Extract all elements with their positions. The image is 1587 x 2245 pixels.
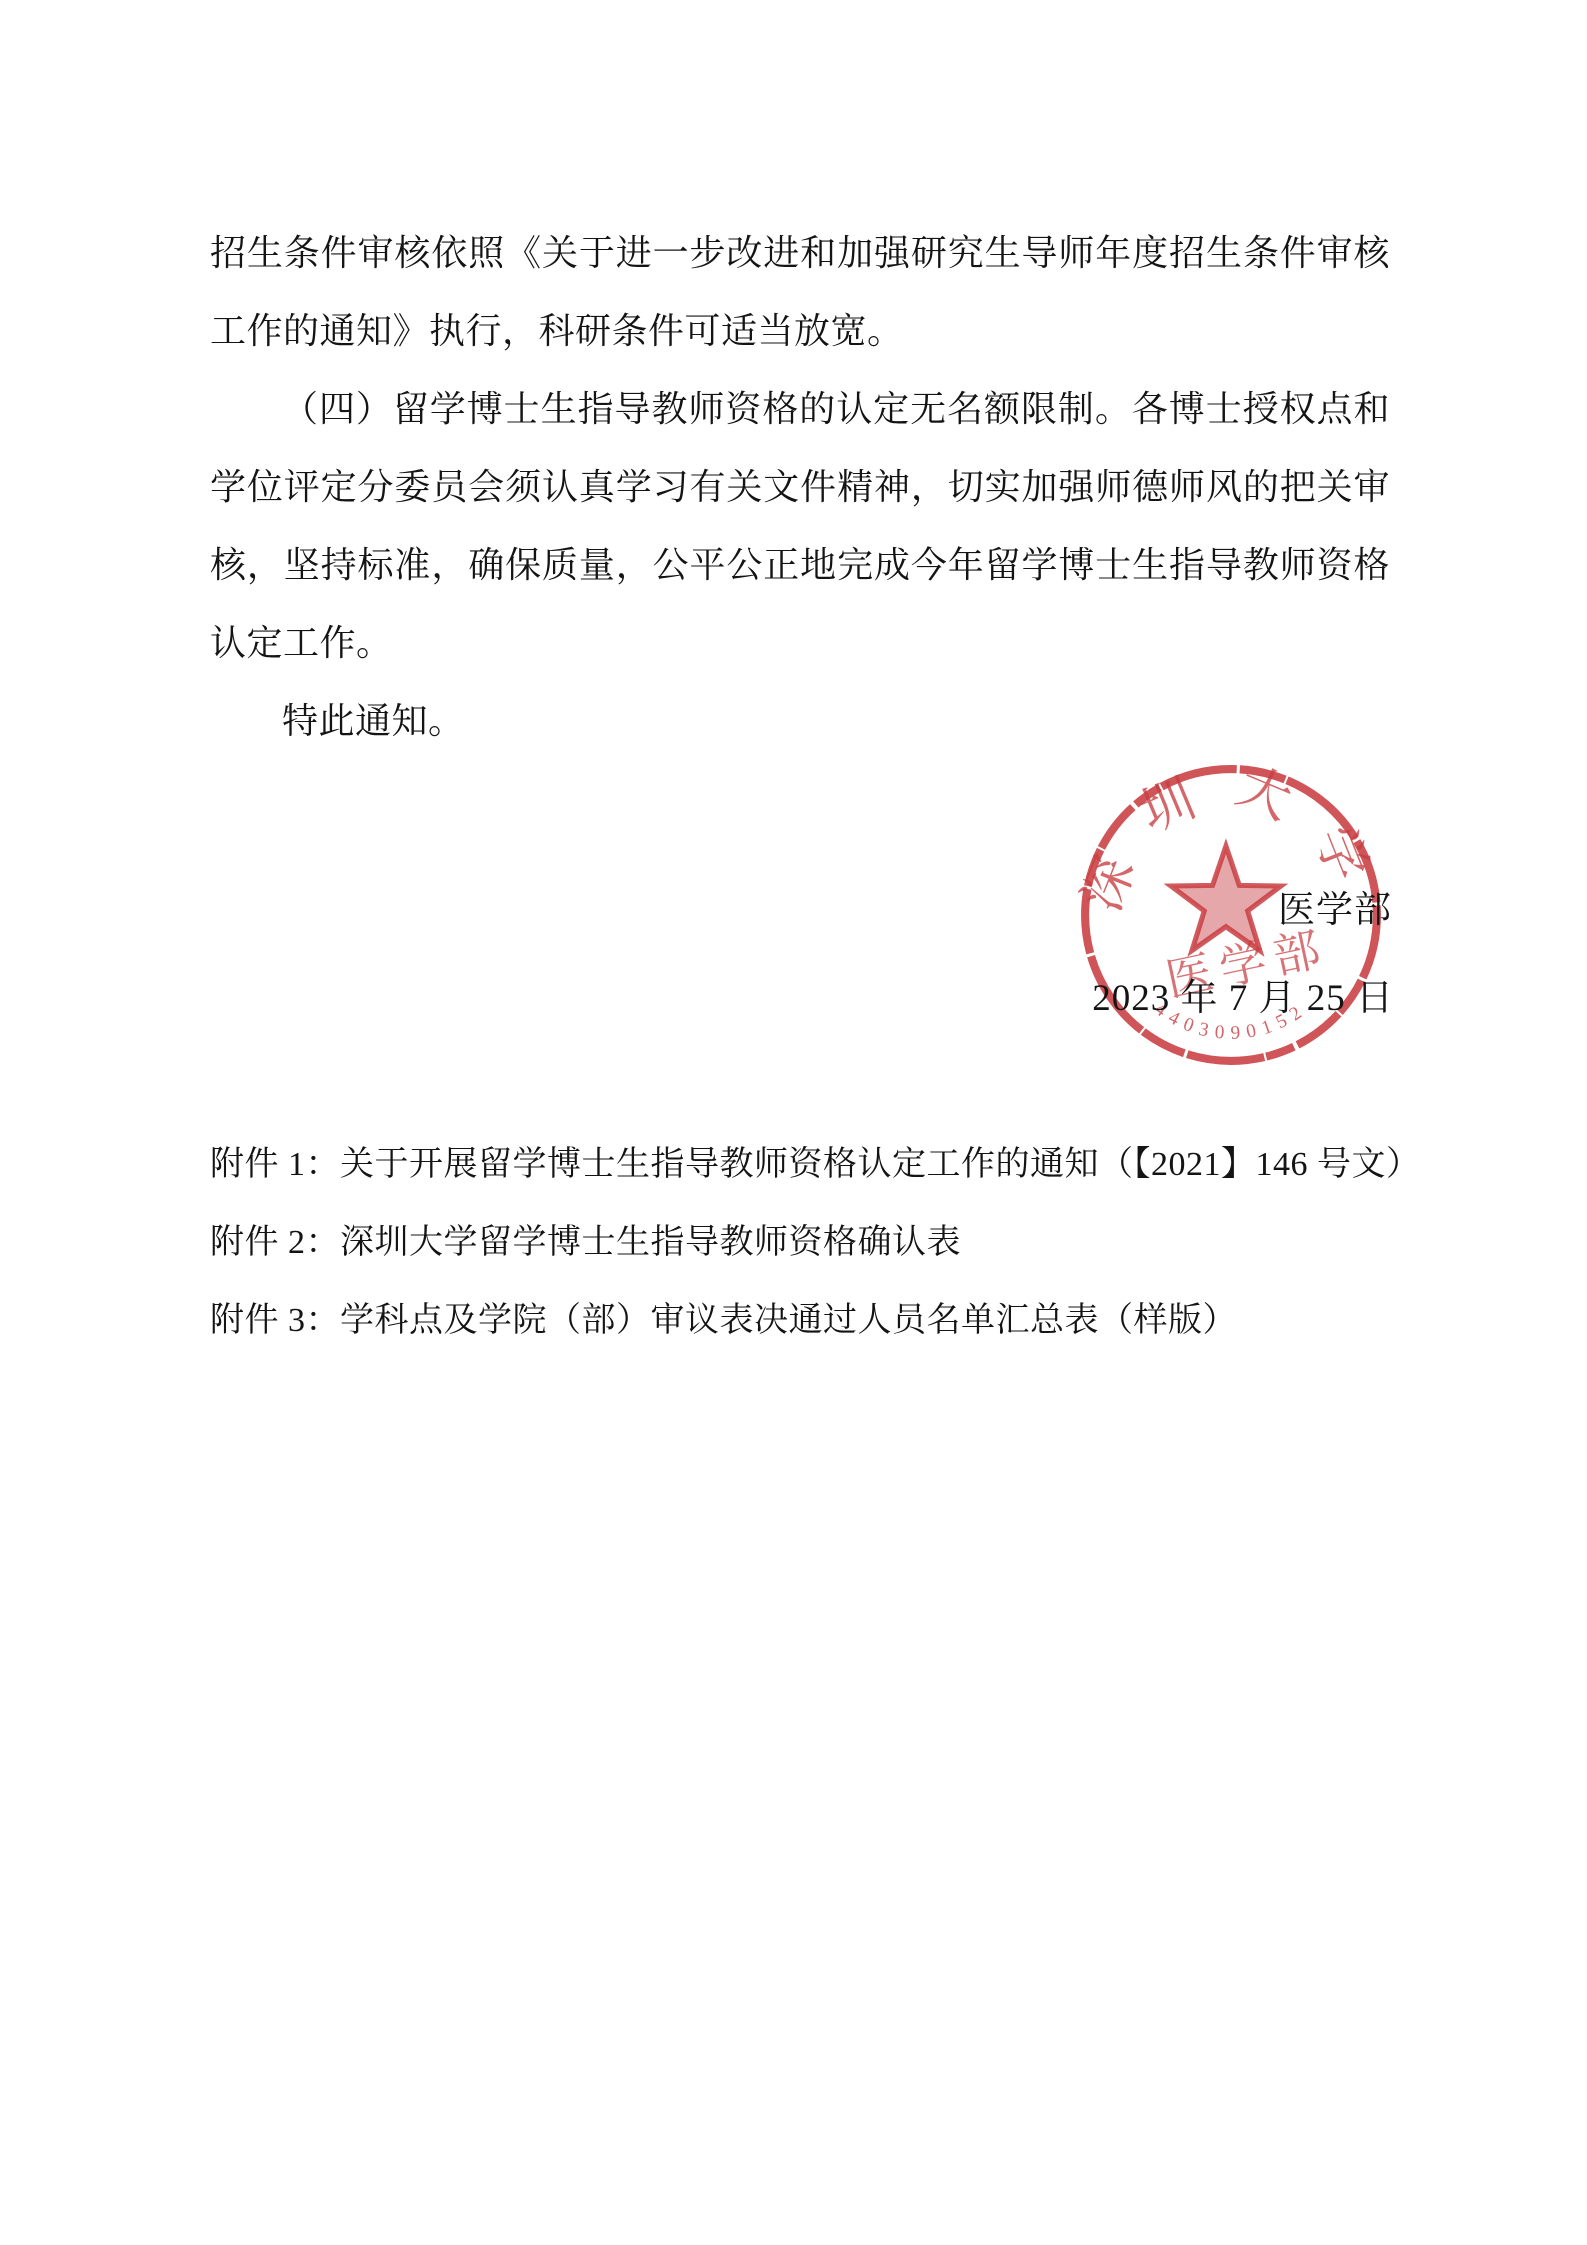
attachment-item-3: 附件 3：学科点及学院（部）审议表决通过人员名单汇总表（样版） <box>210 1282 1410 1360</box>
document-page: 招生条件审核依照《关于进一步改进和加强研究生导师年度招生条件审核工作的通知》执行… <box>0 0 1587 2245</box>
attachments-list: 附件 1：关于开展留学博士生指导教师资格认定工作的通知（【2021】146 号文… <box>210 1126 1410 1360</box>
attachment-item-1: 附件 1：关于开展留学博士生指导教师资格认定工作的通知（【2021】146 号文… <box>210 1126 1410 1204</box>
attachment-item-2: 附件 2：深圳大学留学博士生指导教师资格确认表 <box>210 1204 1410 1282</box>
signature-org: 医学部 <box>1278 889 1392 933</box>
paragraph-item-four: （四）留学博士生指导教师资格的认定无名额限制。各博士授权点和学位评定分委员会须认… <box>210 370 1390 682</box>
document-body: 招生条件审核依照《关于进一步改进和加强研究生导师年度招生条件审核工作的通知》执行… <box>210 214 1390 760</box>
signature-date: 2023 年 7 月 25 日 <box>1092 977 1394 1021</box>
paragraph-continuation: 招生条件审核依照《关于进一步改进和加强研究生导师年度招生条件审核工作的通知》执行… <box>210 214 1390 370</box>
paragraph-closing: 特此通知。 <box>210 682 1390 760</box>
